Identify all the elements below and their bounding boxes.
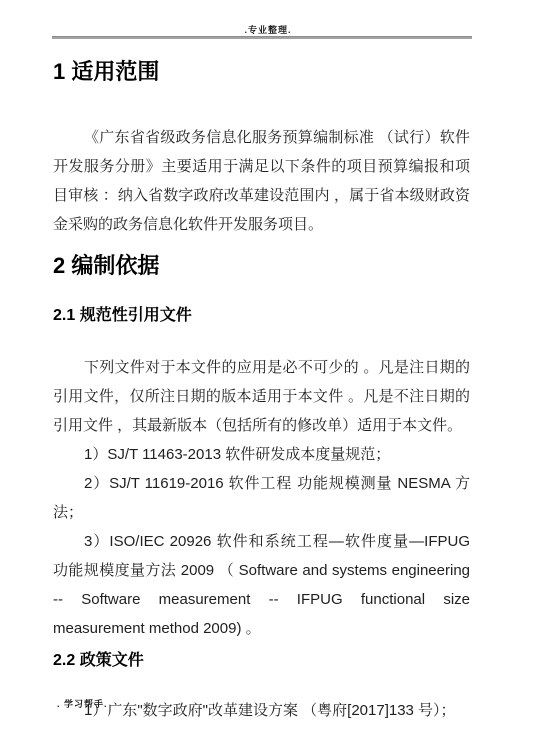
- document-body: 1 适用范围 《广东省省级政务信息化服务预算编制标准 （试行）软件开发服务分册》…: [53, 39, 470, 725]
- page-footer-label: . 学习帮手.: [57, 697, 108, 710]
- heading-normative-references: 2.1 规范性引用文件: [53, 305, 470, 327]
- page-header-label: .专业整理.: [0, 23, 536, 36]
- document-page: .专业整理. 1 适用范围 《广东省省级政务信息化服务预算编制标准 （试行）软件…: [0, 0, 536, 741]
- policy-item-1: 1）广东"数字政府"改革建设方案 （粤府[2017]133 号）；: [53, 696, 470, 725]
- heading-compilation-basis: 2 编制依据: [53, 252, 470, 280]
- reference-item-1: 1）SJ/T 11463-2013 软件研发成本度量规范；: [53, 440, 470, 469]
- paragraph-normative-intro: 下列文件对于本文件的应用是必不可少的 。凡是注日期的引用文件，仅所注日期的版本适…: [53, 353, 470, 440]
- reference-item-3: 3）ISO/IEC 20926 软件和系统工程—软件度量—IFPUG 功能规模度…: [53, 527, 470, 643]
- heading-scope: 1 适用范围: [53, 58, 470, 86]
- heading-policy-documents: 2.2 政策文件: [53, 650, 470, 672]
- reference-item-2: 2）SJ/T 11619-2016 软件工程 功能规模测量 NESMA 方法；: [53, 469, 470, 527]
- paragraph-scope: 《广东省省级政务信息化服务预算编制标准 （试行）软件开发服务分册》主要适用于满足…: [53, 123, 470, 239]
